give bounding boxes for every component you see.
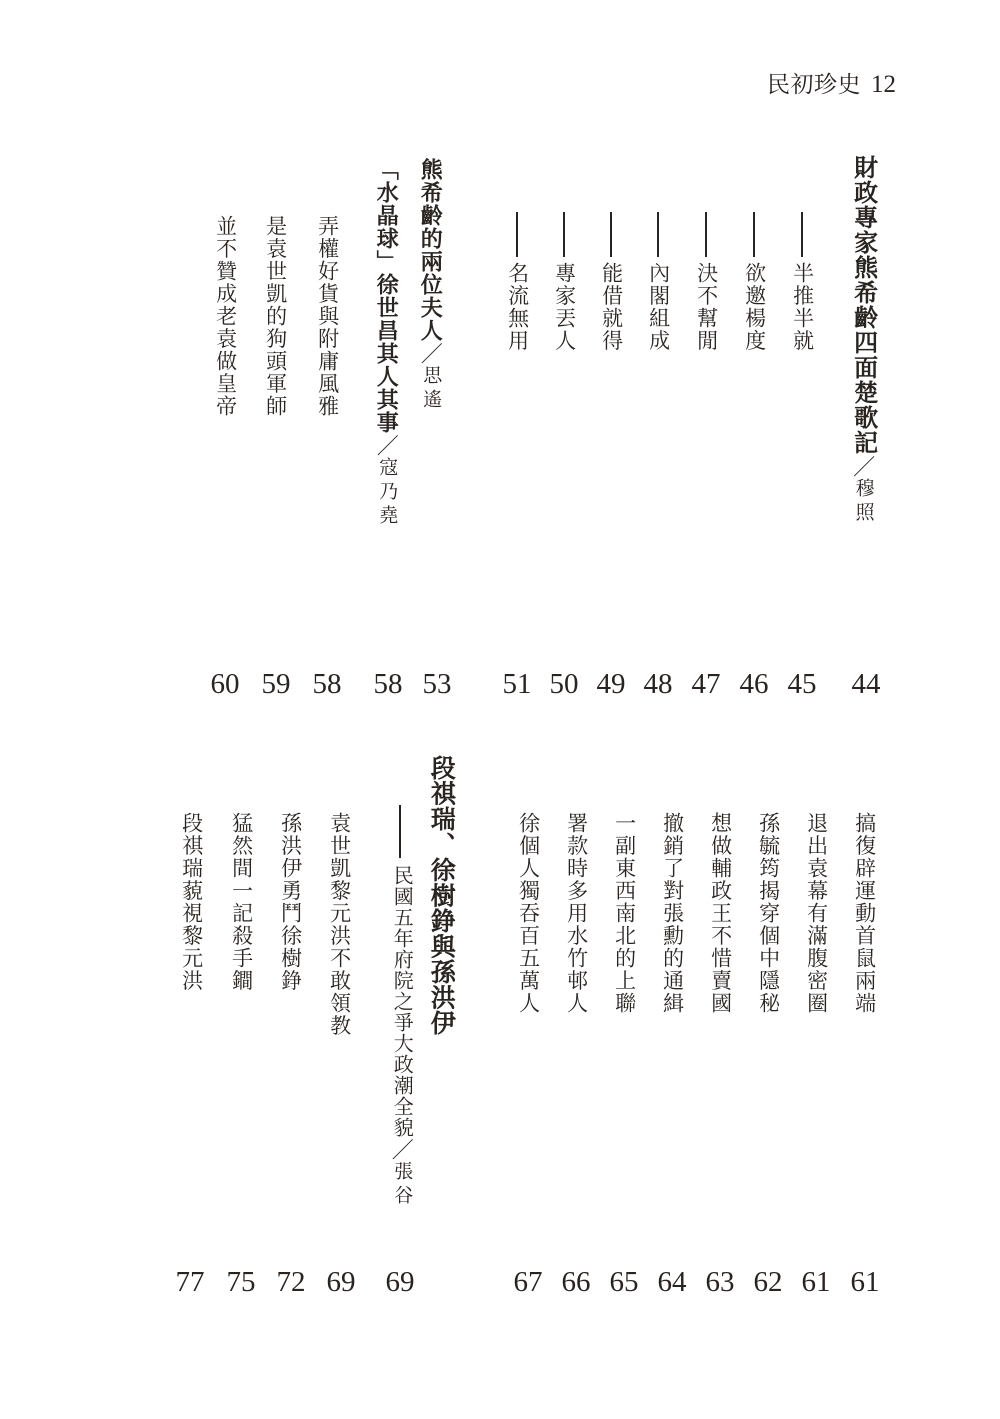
chapter-subtitle-column: 民國五年府院之爭大政潮全貌／張谷 — [387, 865, 416, 1209]
header-page-number: 12 — [871, 71, 896, 99]
toc-entry-page-number: 47 — [692, 670, 721, 699]
toc-entry-page-number: 65 — [610, 1268, 639, 1297]
toc-entry-page-number: 61 — [851, 1268, 880, 1297]
chapter-title-column: 財政專家熊希齡四面楚歌記／穆照 — [846, 155, 877, 526]
toc-entry-page-number: 75 — [227, 1268, 256, 1297]
toc-entry-title: 孫毓筠揭穿個中隱秘 — [754, 812, 781, 1015]
toc-entry-page-number: 49 — [597, 670, 626, 699]
toc-entry-page-number: 69 — [327, 1268, 356, 1297]
toc-page: 民初珍史 12 財政專家熊希齡四面楚歌記／穆照 半推半就 欲邀楊度 決不幫閒 內… — [0, 0, 1000, 1419]
toc-entry-title: 半推半就 — [788, 262, 815, 352]
toc-entry-title: 專家丟人 — [550, 262, 577, 352]
entry-leader-dash — [801, 212, 803, 257]
toc-entry-page-number: 58 — [313, 670, 342, 699]
toc-entry-page-number: 69 — [386, 1268, 415, 1297]
toc-entry-title: 署款時多用水竹邨人 — [562, 812, 589, 1015]
toc-entry-page-number: 58 — [374, 670, 403, 699]
subtitle-leader-dash — [399, 805, 401, 858]
toc-entry-title: 弄權好貨與附庸風雅 — [313, 215, 340, 418]
toc-entry-page-number: 59 — [262, 670, 291, 699]
chapter-subtitle: 民國五年府院之爭大政潮全貌 — [390, 865, 412, 1138]
entry-leader-dash — [753, 212, 755, 257]
toc-entry-page-number: 72 — [277, 1268, 306, 1297]
toc-entry-page-number: 44 — [852, 670, 881, 699]
chapter-title: 段祺瑞、徐樹錚與孫洪伊 — [427, 755, 454, 1036]
toc-entry-title: 一副東西南北的上聯 — [610, 812, 637, 1015]
chapter-author: 張谷 — [391, 1161, 412, 1209]
toc-entry-page-number: 50 — [550, 670, 579, 699]
toc-entry-title: 徐個人獨吞百五萬人 — [514, 812, 541, 1015]
subchapter-author: 思遙 — [420, 365, 441, 413]
toc-entry-title: 能借就得 — [597, 262, 624, 352]
toc-entry-title: 欲邀楊度 — [740, 262, 767, 352]
toc-entry-page-number: 63 — [706, 1268, 735, 1297]
toc-entry-page-number: 64 — [658, 1268, 687, 1297]
entry-leader-dash — [516, 212, 518, 257]
toc-entry-title: 退出袁幕有滿腹密圈 — [802, 812, 829, 1015]
toc-entry-page-number: 60 — [211, 670, 240, 699]
author-separator: ／ — [851, 455, 876, 478]
subchapter-title-column: 「水晶球」徐世昌其人其事／寇乃堯 — [372, 158, 401, 529]
chapter-title: 財政專家熊希齡四面楚歌記 — [850, 155, 876, 455]
book-title: 民初珍史 — [767, 66, 861, 99]
subchapter-title: 熊希齡的兩位夫人 — [418, 158, 443, 342]
toc-entry-page-number: 67 — [514, 1268, 543, 1297]
entry-leader-dash — [563, 212, 565, 257]
toc-entry-title: 撤銷了對張勳的通緝 — [658, 812, 685, 1015]
toc-entry-title: 是袁世凱的狗頭軍師 — [261, 215, 288, 418]
chapter-author: 穆照 — [853, 478, 874, 526]
subchapter-title-column: 熊希齡的兩位夫人／思遙 — [416, 158, 445, 413]
toc-entry-title: 決不幫閒 — [692, 262, 719, 352]
toc-entry-page-number: 45 — [788, 670, 817, 699]
toc-entry-title: 段祺瑞藐視黎元洪 — [177, 812, 204, 992]
toc-entry-title: 猛然間一記殺手鐧 — [227, 812, 254, 992]
toc-entry-page-number: 77 — [176, 1268, 205, 1297]
toc-entry-page-number: 51 — [503, 670, 532, 699]
subchapter-author: 寇乃堯 — [376, 457, 397, 529]
toc-entry-page-number: 62 — [754, 1268, 783, 1297]
toc-entry-title: 搞復辟運動首鼠兩端 — [850, 812, 877, 1015]
chapter-title-column: 段祺瑞、徐樹錚與孫洪伊 — [424, 755, 457, 1036]
entry-leader-dash — [657, 212, 659, 257]
toc-entry-title: 袁世凱黎元洪不敢領教 — [325, 812, 352, 1037]
toc-entry-title: 名流無用 — [503, 262, 530, 352]
toc-entry-page-number: 46 — [740, 670, 769, 699]
subchapter-title: 「水晶球」徐世昌其人其事 — [374, 158, 399, 434]
entry-leader-dash — [610, 212, 612, 257]
toc-entry-title: 孫洪伊勇鬥徐樹錚 — [276, 812, 303, 992]
toc-entry-page-number: 66 — [562, 1268, 591, 1297]
toc-entry-page-number: 53 — [423, 670, 452, 699]
toc-entry-page-number: 48 — [644, 670, 673, 699]
entry-leader-dash — [705, 212, 707, 257]
author-separator: ／ — [389, 1138, 414, 1161]
toc-entry-title: 內閣組成 — [644, 262, 671, 352]
page-header: 民初珍史 12 — [767, 66, 896, 99]
toc-entry-title: 想做輔政王不惜賣國 — [706, 812, 733, 1015]
toc-entry-page-number: 61 — [802, 1268, 831, 1297]
toc-entry-title: 並不贊成老袁做皇帝 — [211, 215, 238, 418]
author-separator: ／ — [418, 342, 443, 365]
author-separator: ／ — [374, 434, 399, 457]
